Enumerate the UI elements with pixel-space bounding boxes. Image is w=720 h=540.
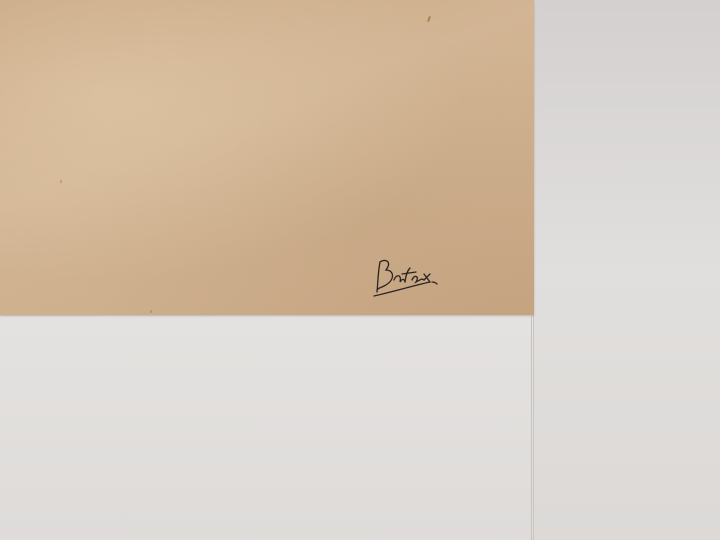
mat-edge-line: [531, 316, 532, 540]
paper-artwork: [0, 0, 534, 315]
mat-bottom-panel: [0, 316, 533, 540]
paper-stain: [60, 180, 62, 183]
signature-text: Barten: [378, 254, 447, 278]
paper-stain: [427, 16, 431, 22]
paper-stain: [150, 310, 152, 313]
mat-right-panel: [533, 0, 720, 540]
